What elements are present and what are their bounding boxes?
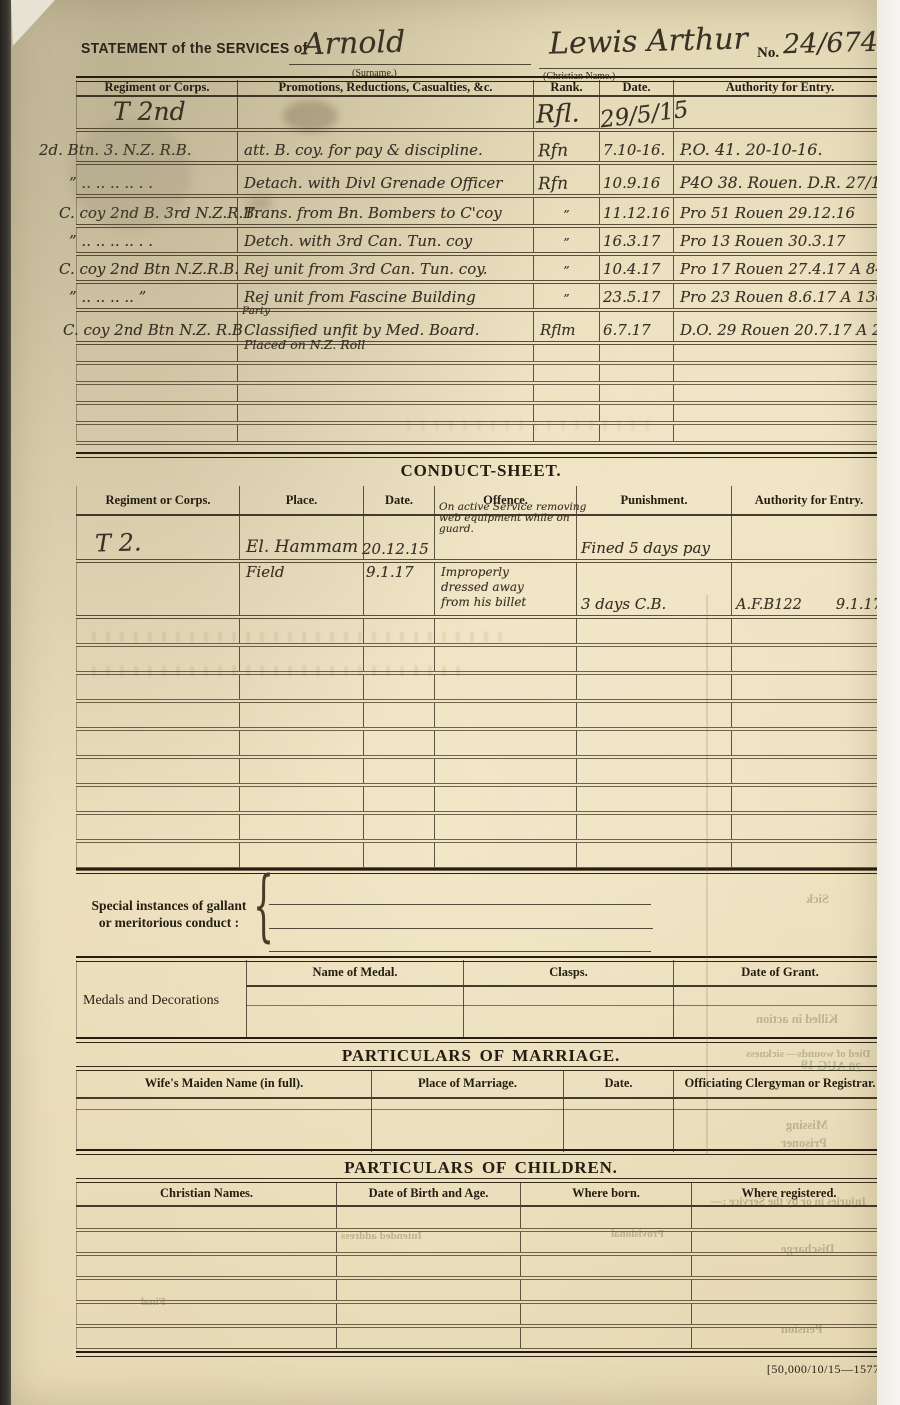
gallant-line-1 xyxy=(269,880,651,905)
conduct-bottom-rule xyxy=(76,868,886,874)
bleedthrough-pension: Pension xyxy=(781,1322,823,1337)
empty-cell xyxy=(364,841,435,869)
empty-cell xyxy=(77,1230,337,1254)
empty-cell xyxy=(600,383,674,403)
bleedthrough-discharge: Discharge xyxy=(781,1242,834,1257)
empty-cell xyxy=(77,1326,337,1350)
empty-service-row xyxy=(77,363,887,383)
empty-cell xyxy=(435,729,577,757)
empty-conduct-row xyxy=(77,757,887,785)
empty-cell xyxy=(364,785,435,813)
bleedthrough-scribble xyxy=(86,632,506,642)
service-row: 2d. Btn. 3. N.Z. R.B. att. B. coy. for p… xyxy=(77,130,887,163)
marriage-empty-row xyxy=(77,1110,887,1153)
cell-promotion: Detach. with Divl Grenade Officer xyxy=(238,163,534,196)
cell-date: 20.12.15 xyxy=(364,515,435,561)
ink-smudge xyxy=(247,196,273,210)
cell-date: 6.7.17 xyxy=(600,310,674,343)
service-row: C. coy 2nd Btn N.Z.R.B. Rej unit from 3r… xyxy=(77,254,887,282)
gallant-conduct-label: Special instances of gallant or meritori… xyxy=(83,897,255,931)
paper-stain xyxy=(71,120,191,230)
cell-rank: ” xyxy=(534,196,600,226)
empty-cell xyxy=(692,1254,887,1278)
marriage-writing-row xyxy=(77,1098,887,1110)
authority-value: A.F.B122 xyxy=(736,597,802,613)
bleedthrough-prisoner: Prisoner xyxy=(781,1136,827,1151)
date-value: 10.9.16 xyxy=(600,174,660,194)
conduct-header-authority: Authority for Entry. xyxy=(732,486,887,515)
bleedthrough-provisional: Provisional xyxy=(611,1228,664,1240)
cell-authority: P.O. 41. 20-10-16. xyxy=(674,130,887,163)
services-table: Regiment or Corps. Promotions, Reduction… xyxy=(76,80,887,445)
empty-cell xyxy=(674,423,887,443)
cell-authority: Pro 17 Rouen 27.4.17 A 849 xyxy=(674,254,887,282)
empty-child-row xyxy=(77,1230,887,1254)
empty-cell xyxy=(77,729,240,757)
medals-label: Medals and Decorations xyxy=(77,993,219,1008)
conduct-table: Regiment or Corps. Place. Date. Offence.… xyxy=(76,486,887,871)
empty-cell xyxy=(521,1206,692,1230)
cell-promotion: att. B. coy. for pay & discipline. xyxy=(238,130,534,163)
promotion-value: Trans. from Bn. Bombers to C'coy xyxy=(238,204,502,224)
empty-child-row xyxy=(77,1206,887,1230)
conduct-header-regiment: Regiment or Corps. xyxy=(77,486,240,515)
empty-cell xyxy=(240,729,364,757)
cell-authority: Pro 23 Rouen 8.6.17 A 1300 xyxy=(674,282,887,310)
empty-cell xyxy=(77,673,240,701)
bleedthrough-killed: Killed in action xyxy=(756,1012,838,1027)
empty-cell xyxy=(77,1206,337,1230)
cell-authority: D.O. 29 Rouen 20.7.17 A 2590 xyxy=(674,310,887,343)
empty-cell xyxy=(77,757,240,785)
marriage-header-wife: Wife's Maiden Name (in full). xyxy=(77,1070,372,1098)
service-row: ” .. .. .. .. . . Detach. with Divl Gren… xyxy=(77,163,887,196)
cell-date: 23.5.17 xyxy=(600,282,674,310)
empty-cell xyxy=(577,757,732,785)
regiment-value: C. coy 2nd Btn N.Z. R.B xyxy=(57,321,243,341)
empty-cell xyxy=(77,363,238,383)
surname-line xyxy=(289,40,531,65)
empty-cell xyxy=(240,757,364,785)
empty-cell xyxy=(464,986,674,1006)
empty-cell xyxy=(577,701,732,729)
empty-cell xyxy=(77,1098,372,1110)
place-value: Field xyxy=(240,563,284,583)
cell-authority: Pro 13 Rouen 30.3.17 xyxy=(674,226,887,254)
empty-cell xyxy=(364,757,435,785)
rank-value: Rfn xyxy=(538,174,569,195)
authority-value: Pro 17 Rouen 27.4.17 A 849 xyxy=(674,260,894,280)
cell-punishment: Fined 5 days pay xyxy=(577,515,732,561)
date-value: 11.12.16 xyxy=(600,204,670,224)
authority-value: Pro 51 Rouen 29.12.16 xyxy=(674,204,855,224)
cell-promotion: Rej unit from Fascine Building xyxy=(238,282,534,310)
empty-cell xyxy=(372,1110,564,1153)
empty-cell xyxy=(521,1254,692,1278)
empty-cell xyxy=(564,1098,674,1110)
conduct-header-punishment: Punishment. xyxy=(577,486,732,515)
cell-date: 16.3.17 xyxy=(600,226,674,254)
empty-service-row xyxy=(77,383,887,403)
rank-value: Rfl. xyxy=(536,98,580,128)
cell-regiment: T 2. xyxy=(77,515,240,561)
cell-regiment: ” .. .. .. .. . . xyxy=(77,226,238,254)
empty-cell xyxy=(238,383,534,403)
medals-bottom-rule xyxy=(76,1037,886,1043)
regiment-value: C. coy 2nd Btn N.Z.R.B. xyxy=(53,260,239,280)
cell-offence: On active Service removing web equipment… xyxy=(435,515,577,561)
rank-value: ” xyxy=(563,291,569,306)
empty-cell xyxy=(521,1326,692,1350)
cell-promotion: Trans. from Bn. Bombers to C'coy xyxy=(238,196,534,226)
children-title: PARTICULARS OF CHILDREN. xyxy=(76,1158,886,1178)
form-title: STATEMENT of the SERVICES of xyxy=(81,40,308,57)
bleedthrough-sick: Sick xyxy=(806,892,829,907)
empty-cell xyxy=(600,363,674,383)
punishment-value: Fined 5 days pay xyxy=(581,539,710,557)
bleedthrough-vertical-line xyxy=(706,595,708,1155)
empty-cell xyxy=(77,423,238,443)
rank-value: ” xyxy=(563,263,569,278)
empty-cell xyxy=(674,343,887,363)
empty-cell xyxy=(521,1302,692,1326)
bleedthrough-scribble xyxy=(401,420,651,430)
empty-cell xyxy=(247,1006,464,1040)
cell-regiment xyxy=(77,561,240,617)
scan-right-margin xyxy=(877,0,900,1405)
cell-regiment: C. coy 2nd Btn N.Z. R.B xyxy=(77,310,238,343)
empty-cell xyxy=(77,343,238,363)
cell-rank: ” xyxy=(534,254,600,282)
empty-cell xyxy=(534,343,600,363)
marriage-header-row: Wife's Maiden Name (in full). Place of M… xyxy=(77,1070,887,1098)
empty-cell xyxy=(577,617,732,645)
services-bottom-rule xyxy=(76,452,886,458)
empty-cell xyxy=(337,1326,521,1350)
cell-date: 29/5/15 xyxy=(600,96,674,130)
empty-cell xyxy=(435,785,577,813)
cell-authority: P4O 38. Rouen. D.R. 27/10 xyxy=(674,163,887,196)
number-line xyxy=(757,44,877,69)
gallant-label-line1: Special instances of gallant xyxy=(92,898,247,913)
marriage-bottom-rule xyxy=(76,1149,886,1155)
authority-date-value: 9.1.17 xyxy=(836,597,882,613)
empty-cell xyxy=(534,383,600,403)
regiment-value: ” .. .. .. .. . . xyxy=(63,232,153,252)
empty-cell xyxy=(534,363,600,383)
bleedthrough-scribble xyxy=(86,666,466,676)
empty-cell xyxy=(732,617,887,645)
marriage-header-place: Place of Marriage. xyxy=(372,1070,564,1098)
cell-date: 11.12.16 xyxy=(600,196,674,226)
promotion-value: att. B. coy. for pay & discipline. xyxy=(238,141,483,161)
authority-value: Pro 13 Rouen 30.3.17 xyxy=(674,232,845,252)
cell-date: 10.9.16 xyxy=(600,163,674,196)
empty-cell xyxy=(364,729,435,757)
medals-header-clasps: Clasps. xyxy=(464,960,674,986)
cell-date: 9.1.17 xyxy=(364,561,435,617)
regiment-value: T 2. xyxy=(89,528,142,559)
bleedthrough-stamp: 20 AUG 19 xyxy=(801,1056,862,1075)
date-value: 16.3.17 xyxy=(600,232,660,252)
rank-value: Rflm xyxy=(534,321,576,341)
empty-cell xyxy=(364,701,435,729)
gallant-line-2 xyxy=(269,904,653,929)
empty-cell xyxy=(674,403,887,423)
service-row: ” .. .. .. .. ” Rej unit from Fascine Bu… xyxy=(77,282,887,310)
conduct-row: Field 9.1.17 Improperly dressed away fro… xyxy=(77,561,887,617)
empty-cell xyxy=(364,813,435,841)
scanned-document: STATEMENT of the SERVICES of Arnold (Sur… xyxy=(0,0,900,1405)
cell-rank: ” xyxy=(534,282,600,310)
bleedthrough-missing: Missing xyxy=(786,1118,828,1133)
cell-authority xyxy=(674,96,887,130)
cell-date: 10.4.17 xyxy=(600,254,674,282)
date-value: 7.10-16. xyxy=(600,141,665,161)
empty-cell xyxy=(77,1302,337,1326)
service-row: T 2nd Rfl. 29/5/15 xyxy=(77,96,887,130)
empty-conduct-row xyxy=(77,813,887,841)
gallant-label-line2: or meritorious conduct : xyxy=(99,915,239,930)
authority-value: P.O. 41. 20-10-16. xyxy=(674,140,822,161)
empty-conduct-row xyxy=(77,785,887,813)
rank-value: ” xyxy=(563,207,569,222)
cell-authority xyxy=(732,515,887,561)
gallant-line-3 xyxy=(269,927,651,952)
date-value: 6.7.17 xyxy=(600,321,651,341)
empty-cell xyxy=(337,1302,521,1326)
empty-cell xyxy=(732,729,887,757)
print-code: [50,000/10/15—15774 xyxy=(76,1362,886,1377)
cell-authority: A.F.B122 9.1.17 xyxy=(732,561,887,617)
cell-rank: Rflm xyxy=(534,310,600,343)
empty-child-row xyxy=(77,1302,887,1326)
empty-cell xyxy=(564,1110,674,1153)
empty-conduct-row xyxy=(77,701,887,729)
cell-place: El. Hammam xyxy=(240,515,364,561)
empty-cell xyxy=(577,673,732,701)
services-header-rank: Rank. xyxy=(534,80,600,96)
empty-cell xyxy=(692,1206,887,1230)
cell-promotion: Party Classified unfit by Med. Board. Pl… xyxy=(238,310,534,343)
services-header-regiment: Regiment or Corps. xyxy=(77,80,238,96)
promotion-note: Party xyxy=(242,306,270,317)
empty-cell xyxy=(435,813,577,841)
empty-cell xyxy=(337,1206,521,1230)
services-header-promotions: Promotions, Reductions, Casualties, &c. xyxy=(238,80,534,96)
regiment-value: ” .. .. .. .. ” xyxy=(63,288,146,308)
marriage-table: Wife's Maiden Name (in full). Place of M… xyxy=(76,1070,887,1152)
empty-cell xyxy=(577,785,732,813)
services-header-row: Regiment or Corps. Promotions, Reduction… xyxy=(77,80,887,96)
empty-cell xyxy=(464,1006,674,1040)
empty-cell xyxy=(732,813,887,841)
punishment-value: 3 days C.B. xyxy=(581,595,666,613)
cell-date: 7.10-16. xyxy=(600,130,674,163)
empty-cell xyxy=(435,673,577,701)
cell-promotion xyxy=(238,96,534,130)
cell-offence: Improperly dressed away from his billet xyxy=(435,561,577,617)
cell-promotion: Detch. with 3rd Can. Tun. coy xyxy=(238,226,534,254)
service-row: C. coy 2nd B. 3rd N.Z.R.B. Trans. from B… xyxy=(77,196,887,226)
empty-cell xyxy=(238,363,534,383)
medals-table: Medals and Decorations Name of Medal. Cl… xyxy=(76,960,887,1039)
empty-cell xyxy=(77,403,238,423)
empty-cell xyxy=(77,785,240,813)
authority-value: D.O. 29 Rouen 20.7.17 A 2590 xyxy=(674,321,900,341)
empty-cell xyxy=(77,383,238,403)
authority-value: P4O 38. Rouen. D.R. 27/10 xyxy=(674,174,891,194)
rank-value: Rfn xyxy=(538,141,569,162)
empty-cell xyxy=(364,673,435,701)
empty-child-row xyxy=(77,1326,887,1350)
date-value: 20.12.15 xyxy=(362,540,429,558)
empty-child-row xyxy=(77,1278,887,1302)
place-value: El. Hammam xyxy=(240,537,358,559)
empty-cell xyxy=(577,841,732,869)
empty-cell xyxy=(435,841,577,869)
empty-cell xyxy=(732,785,887,813)
children-bottom-rule xyxy=(76,1351,886,1357)
empty-cell xyxy=(521,1278,692,1302)
bleedthrough-injuries: Injuries in or by the Service :— xyxy=(711,1196,866,1208)
empty-conduct-row xyxy=(77,841,887,869)
empty-cell xyxy=(732,841,887,869)
conduct-header-date: Date. xyxy=(364,486,435,515)
empty-cell xyxy=(240,813,364,841)
children-header-birth: Date of Birth and Age. xyxy=(337,1182,521,1206)
empty-cell xyxy=(732,645,887,673)
empty-cell xyxy=(692,1278,887,1302)
cell-rank: Rfl. xyxy=(534,96,600,130)
promotion-value: Detach. with Divl Grenade Officer xyxy=(238,174,502,194)
cell-place: Field xyxy=(240,561,364,617)
medals-header-name: Name of Medal. xyxy=(247,960,464,986)
empty-cell xyxy=(77,1278,337,1302)
empty-cell xyxy=(435,757,577,785)
empty-cell xyxy=(77,1110,372,1153)
empty-cell xyxy=(577,729,732,757)
cell-rank: Rfn xyxy=(534,163,600,196)
empty-cell xyxy=(732,673,887,701)
services-header-date: Date. xyxy=(600,80,674,96)
medals-header-row: Medals and Decorations Name of Medal. Cl… xyxy=(77,960,887,986)
children-header-born: Where born. xyxy=(521,1182,692,1206)
empty-cell xyxy=(240,785,364,813)
empty-cell xyxy=(732,757,887,785)
empty-cell xyxy=(435,701,577,729)
children-header-names: Christian Names. xyxy=(77,1182,337,1206)
empty-cell xyxy=(577,813,732,841)
empty-cell xyxy=(337,1278,521,1302)
cell-punishment: 3 days C.B. xyxy=(577,561,732,617)
ink-smudge xyxy=(283,100,338,132)
empty-cell xyxy=(77,813,240,841)
service-row: ” .. .. .. .. . . Detch. with 3rd Can. T… xyxy=(77,226,887,254)
marriage-header-date: Date. xyxy=(564,1070,674,1098)
empty-cell xyxy=(674,383,887,403)
christian-name-line xyxy=(539,44,757,69)
empty-child-row xyxy=(77,1254,887,1278)
promotion-value: Rej unit from Fascine Building xyxy=(238,288,476,308)
bleedthrough-intended: Intended address xyxy=(341,1230,422,1242)
promotion-value: Detch. with 3rd Can. Tun. coy xyxy=(238,232,472,252)
empty-cell xyxy=(240,673,364,701)
empty-conduct-row xyxy=(77,729,887,757)
scan-left-edge xyxy=(0,0,11,1405)
empty-cell xyxy=(372,1098,564,1110)
empty-cell xyxy=(732,701,887,729)
empty-cell xyxy=(577,645,732,673)
cell-rank: ” xyxy=(534,226,600,254)
empty-cell xyxy=(600,343,674,363)
conduct-title: CONDUCT-SHEET. xyxy=(76,461,886,481)
paper-sheet: STATEMENT of the SERVICES of Arnold (Sur… xyxy=(11,0,877,1405)
empty-cell xyxy=(77,841,240,869)
date-value: 10.4.17 xyxy=(600,260,660,280)
cell-promotion: Rej unit from 3rd Can. Tun. coy. xyxy=(238,254,534,282)
service-row: C. coy 2nd Btn N.Z. R.B Party Classified… xyxy=(77,310,887,343)
empty-service-row xyxy=(77,343,887,363)
services-header-authority: Authority for Entry. xyxy=(674,80,887,96)
rank-value: ” xyxy=(563,235,569,250)
empty-cell xyxy=(337,1254,521,1278)
empty-cell xyxy=(240,701,364,729)
cell-authority: Pro 51 Rouen 29.12.16 xyxy=(674,196,887,226)
date-value: 9.1.17 xyxy=(366,563,414,581)
cell-regiment: ” .. .. .. .. ” xyxy=(77,282,238,310)
empty-cell xyxy=(77,1254,337,1278)
bleedthrough-final: Final xyxy=(141,1296,165,1308)
empty-cell xyxy=(674,363,887,383)
offence-value: On active Service removing web equipment… xyxy=(439,502,589,535)
date-value: 23.5.17 xyxy=(600,288,660,308)
empty-cell xyxy=(77,701,240,729)
offence-value: Improperly dressed away from his billet xyxy=(435,563,551,610)
cell-regiment: C. coy 2nd Btn N.Z.R.B. xyxy=(77,254,238,282)
empty-cell xyxy=(521,1230,692,1254)
promotion-value: Rej unit from 3rd Can. Tun. coy. xyxy=(238,260,488,280)
authority-value: Pro 23 Rouen 8.6.17 A 1300 xyxy=(674,288,894,308)
cell-rank: Rfn xyxy=(534,130,600,163)
empty-cell xyxy=(238,343,534,363)
conduct-row: T 2. El. Hammam 20.12.15 On active Servi… xyxy=(77,515,887,561)
conduct-header-place: Place. xyxy=(240,486,364,515)
empty-cell xyxy=(247,986,464,1006)
medals-label-cell: Medals and Decorations xyxy=(77,960,247,1039)
empty-conduct-row xyxy=(77,673,887,701)
